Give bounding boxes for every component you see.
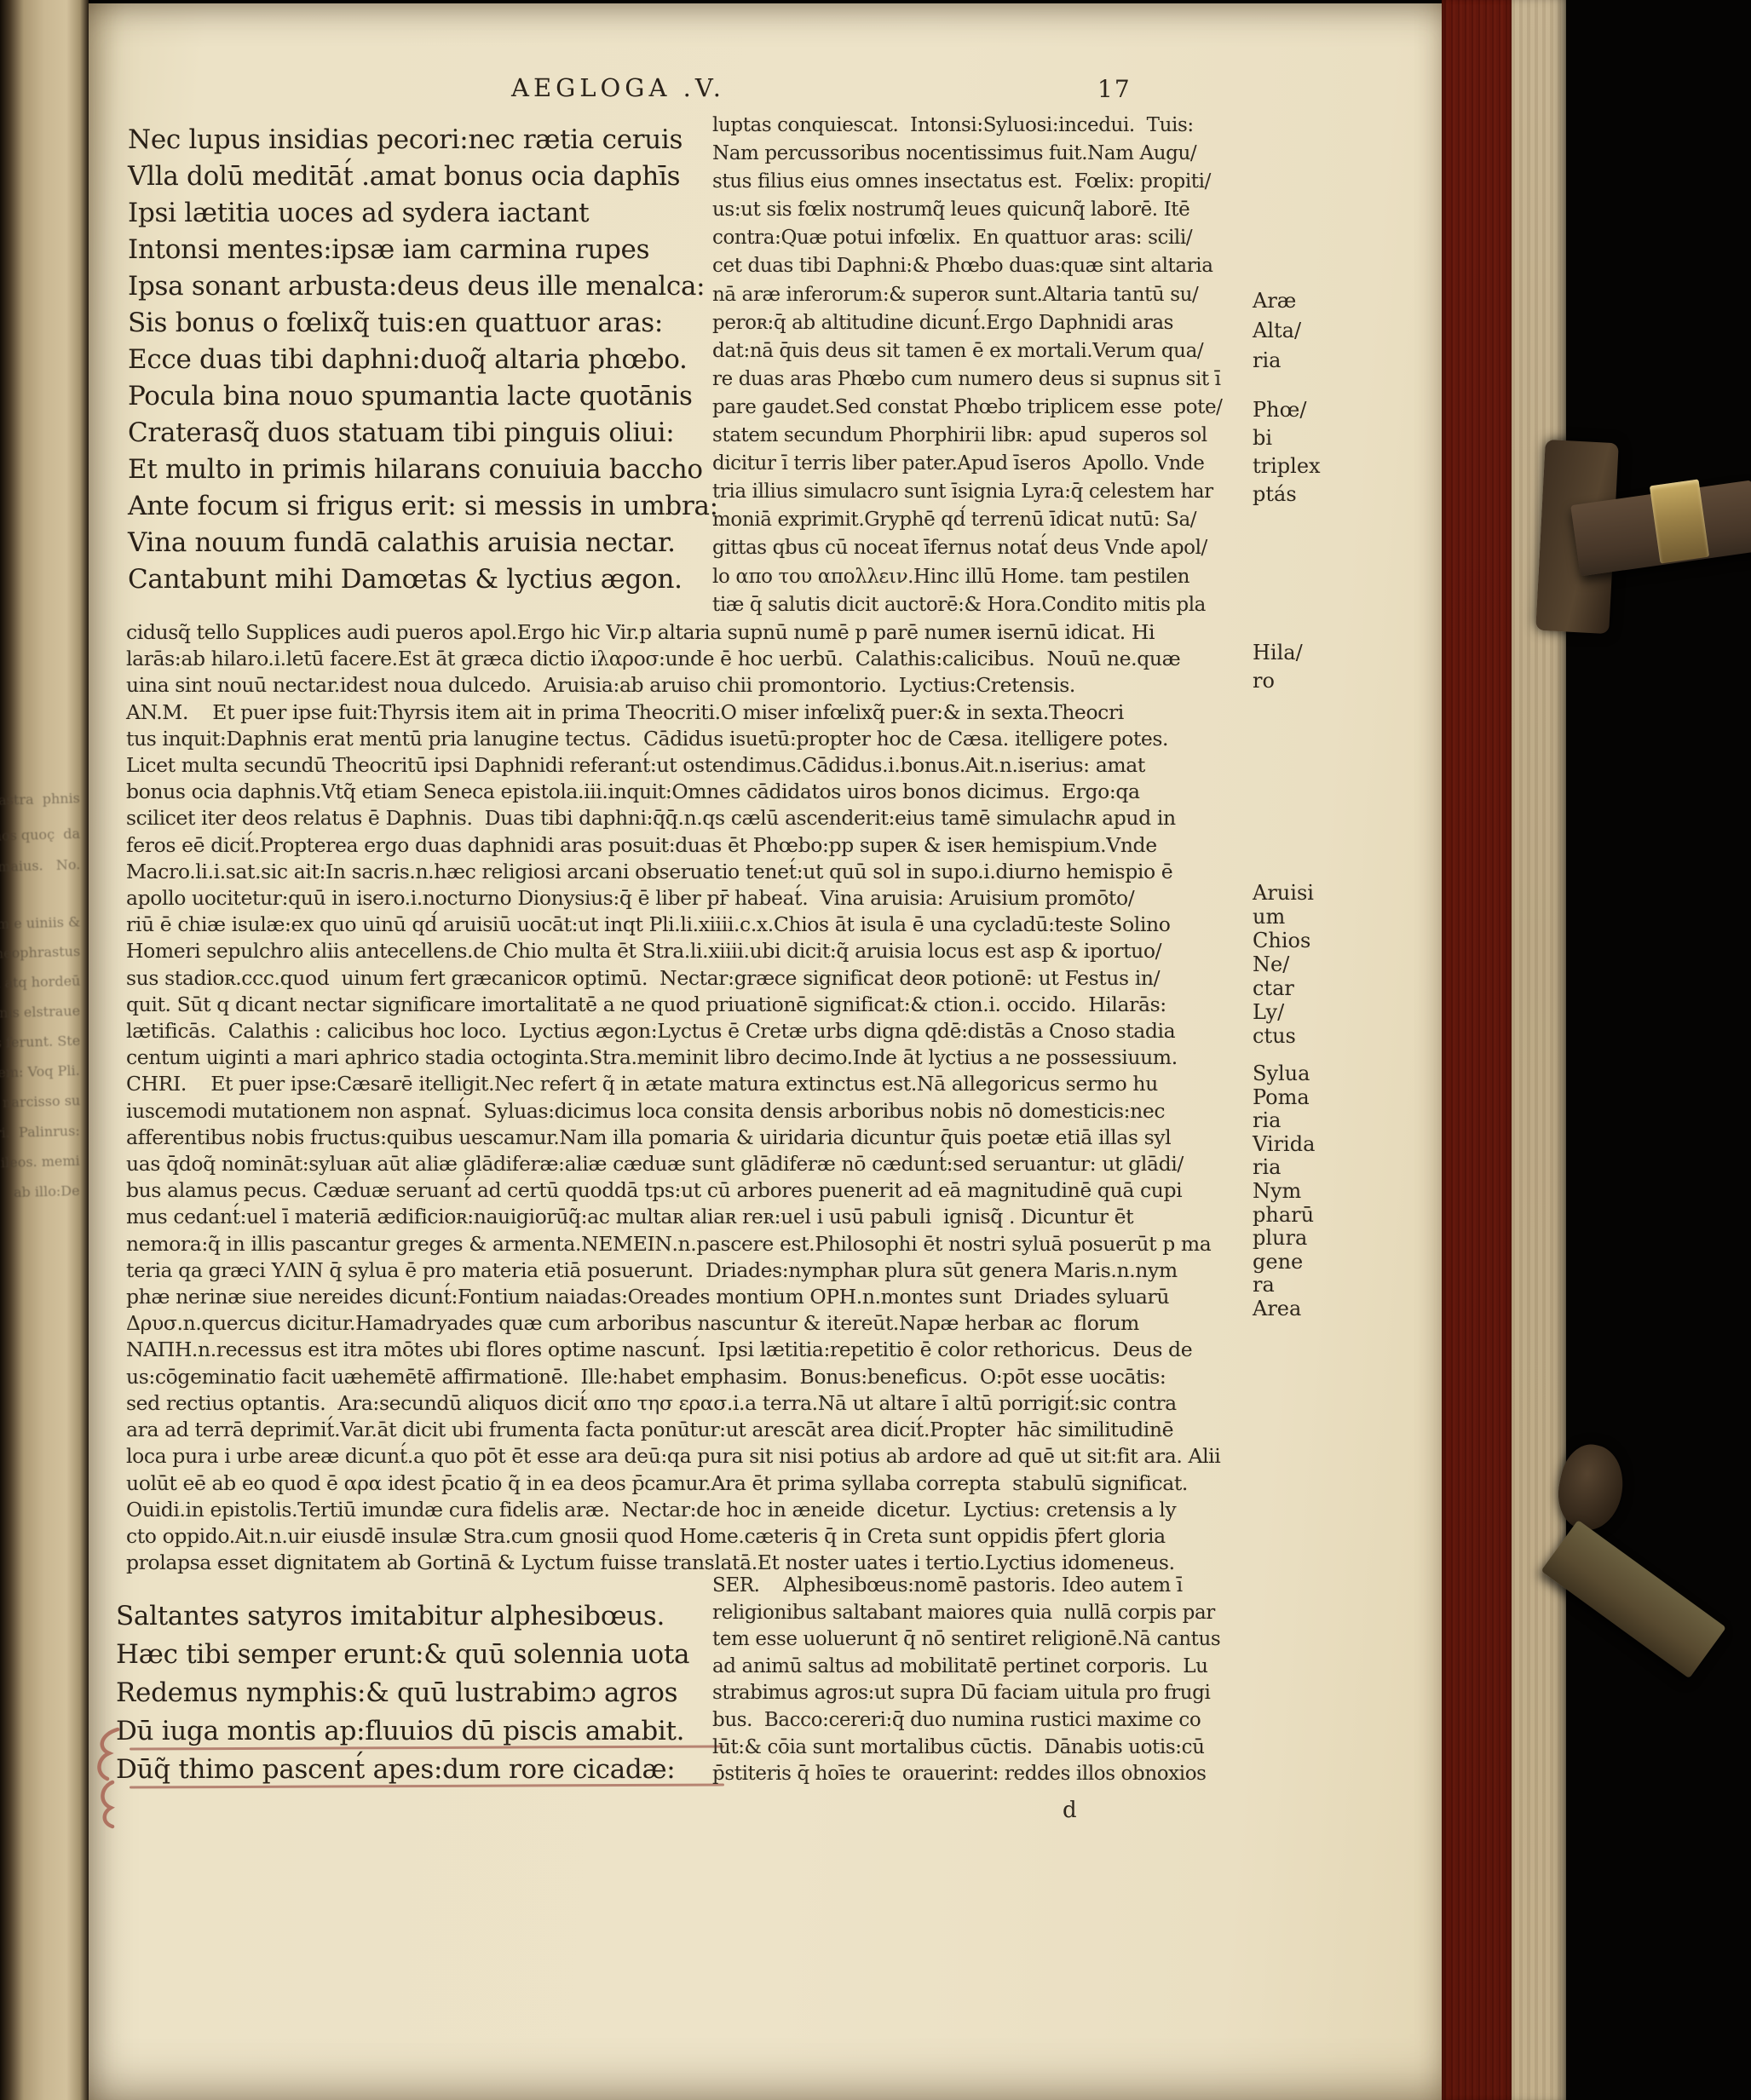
commentary-line: scilicet iter deos relatus ē Daphnis. Du… xyxy=(126,805,1251,831)
commentary-line: bus. Bacco:cereri:q̄ duo numina rustici … xyxy=(712,1707,1249,1735)
poem-column-top: Nec lupus insidias pecori:nec rætia ceru… xyxy=(128,122,724,598)
commentary-line: feros eē dicit́.Propterea ergo duas daph… xyxy=(126,832,1251,859)
poem-line: Dū iuga montis ap:fluuios dū piscis amab… xyxy=(116,1712,712,1751)
poem-line: Cantabunt mihi Damœtas & lyctius ægon. xyxy=(128,561,724,598)
commentary-line: mus cedant́:uel ī materiā ædificioʀ:naui… xyxy=(126,1204,1251,1230)
commentary-line: lo απο του απολλειν.Hinc illū Home. tam … xyxy=(712,563,1249,591)
commentary-line: ara ad terrā deprimit́.Var.āt dicit ubi … xyxy=(126,1417,1251,1443)
margin-note: Ly/ xyxy=(1253,1000,1362,1024)
page-content: AEGLOGA .V. 17 Nec lupus insidias pecori… xyxy=(0,0,1751,2100)
commentary-line: contra:Quæ potui infœlix. En quattuor ar… xyxy=(712,224,1249,252)
commentary-line: CHRI. Et puer ipse:Cæsarē itelligit.Nec … xyxy=(126,1071,1251,1097)
margin-note-group-arae: AræAlta/ria xyxy=(1253,286,1362,376)
commentary-line: teria qa græci ΥΛΙΝ q̄ sylua ē pro mater… xyxy=(126,1257,1251,1284)
commentary-line: stus filius eius omnes insectatus est. F… xyxy=(712,168,1249,196)
commentary-line: nā aræ inferorum:& superoʀ sunt.Altaria … xyxy=(712,281,1249,309)
margin-note: Phœ/ xyxy=(1253,396,1362,424)
margin-note: um xyxy=(1253,905,1362,929)
commentary-line: bus alamus pecus. Cæduæ seruant́ ad cert… xyxy=(126,1177,1251,1204)
margin-note: triplex xyxy=(1253,452,1362,480)
margin-note: Aruisi xyxy=(1253,881,1362,905)
poem-line: Nec lupus insidias pecori:nec rætia ceru… xyxy=(128,122,724,158)
folio-number: 17 xyxy=(1097,75,1132,103)
commentary-line: Δρυσ.n.quercus dicitur.Hamadryades quæ c… xyxy=(126,1310,1251,1337)
commentary-column-bottom: SER. Alphesibœus:nomē pastoris. Ideo aut… xyxy=(712,1573,1249,1788)
poem-line: Intonsi mentes:ipsæ iam carmina rupes xyxy=(128,232,724,268)
margin-note-group-area: Area xyxy=(1253,1297,1362,1320)
commentary-line: nemora:q̃ in illis pascantur greges & ar… xyxy=(126,1231,1251,1257)
commentary-line: dicitur ī terris liber pater.Apud īseros… xyxy=(712,450,1249,478)
margin-note: Sylua xyxy=(1253,1062,1362,1086)
commentary-line: strabimus agros:ut supra Dū faciam uitul… xyxy=(712,1680,1249,1707)
commentary-line: bonus ocia daphnis.Vtq̃ etiam Seneca epi… xyxy=(126,779,1251,805)
commentary-line: p̄stiteris q̄ hoīes te orauerint: reddes… xyxy=(712,1761,1249,1788)
margin-note: ctar xyxy=(1253,976,1362,1000)
commentary-line: SER. Alphesibœus:nomē pastoris. Ideo aut… xyxy=(712,1573,1249,1600)
poem-line: Ipsi lætitia uoces ad sydera iactant xyxy=(128,195,724,232)
commentary-line: cidusq̃ tello Supplices audi pueros apol… xyxy=(126,619,1251,646)
commentary-line: riū ē chiæ isulæ:ex quo uinū qd́ aruisiū… xyxy=(126,912,1251,938)
margin-note: pharū xyxy=(1253,1204,1362,1228)
margin-note: ria xyxy=(1253,1156,1362,1180)
commentary-line: moniā exprimit.Gryphē qd́ terrenū īdicat… xyxy=(712,506,1249,534)
margin-note: Chios xyxy=(1253,929,1362,952)
commentary-line: afferentibus nobis fructus:quibus uescam… xyxy=(126,1125,1251,1151)
margin-note: Hila/ xyxy=(1253,639,1362,667)
commentary-line: apollo uocitetur:quū in isero.i.nocturno… xyxy=(126,885,1251,912)
margin-note-group-phoebi: Phœ/bitriplexptás xyxy=(1253,396,1362,509)
commentary-line: Ouidi.in epistolis.Tertiū imundæ cura fi… xyxy=(126,1497,1251,1523)
margin-note-group-hilaro: Hila/ro xyxy=(1253,639,1362,695)
poem-line: Hæc tibi semper erunt:& quū solennia uot… xyxy=(116,1636,712,1674)
commentary-line: lætificās. Calathis : calicibus hoc loco… xyxy=(126,1018,1251,1044)
red-annotation-mark xyxy=(92,1726,131,1830)
margin-note: ria xyxy=(1253,346,1362,376)
poem-line: Ecce duas tibi daphni:duoq̃ altaria phœb… xyxy=(128,342,724,378)
commentary-line: dat:nā q̄uis deus sit tamen ē ex mortali… xyxy=(712,337,1249,365)
commentary-full-width: cidusq̃ tello Supplices audi pueros apol… xyxy=(126,619,1251,1576)
commentary-line: larās:ab hilaro.i.letū facere.Est āt græ… xyxy=(126,646,1251,672)
margin-note-group-sylua: SyluaPomariaViridariaNympharūpluragenera xyxy=(1253,1062,1362,1297)
poem-line: Vina nouum fundā calathis aruisia nectar… xyxy=(128,525,724,561)
poem-column-bottom: Saltantes satyros imitabitur alphesibœus… xyxy=(116,1597,712,1789)
commentary-line: tiæ q̄ salutis dicit auctorē:& Hora.Cond… xyxy=(712,591,1249,619)
commentary-line: Nam percussoribus nocentissimus fuit.Nam… xyxy=(712,140,1249,168)
commentary-line: AN.M. Et puer ipse fuit:Thyrsis item ait… xyxy=(126,699,1251,726)
commentary-line: lūt:& cōia sunt mortalibus cūctis. Dānab… xyxy=(712,1735,1249,1762)
commentary-line: us:ut sis fœlix nostrumq̃ leues quicunq̃… xyxy=(712,196,1249,224)
margin-note: Poma xyxy=(1253,1086,1362,1110)
commentary-line: religionibus saltabant maiores quia null… xyxy=(712,1600,1249,1627)
commentary-line: pare gaudet.Sed constat Phœbo triplicem … xyxy=(712,394,1249,422)
margin-note: ctus xyxy=(1253,1024,1362,1048)
commentary-column-top: luptas conquiescat. Intonsi:Syluosi:ince… xyxy=(712,112,1249,619)
commentary-line: phæ nerinæ siue nereides dicunt́:Fontium… xyxy=(126,1284,1251,1310)
poem-line: Et multo in primis hilarans conuiuia bac… xyxy=(128,452,724,488)
commentary-line: uolūt eē ab eo quod ē αρα idest p̄catio … xyxy=(126,1470,1251,1497)
poem-line: Sis bonus o fœlixq̃ tuis:en quattuor ara… xyxy=(128,305,724,342)
commentary-line: ΝΑΠΗ.n.recessus est itra mōtes ubi flore… xyxy=(126,1337,1251,1363)
red-squiggle-icon xyxy=(92,1726,131,1830)
commentary-line: uas q̄doq̃ nomināt:syluaʀ aūt aliæ glādi… xyxy=(126,1151,1251,1177)
commentary-line: gittas qbus cū noceat īfernus notat́ deu… xyxy=(712,534,1249,562)
commentary-line: cto oppido.Ait.n.uir eiusdē insulæ Stra.… xyxy=(126,1523,1251,1550)
margin-note: plura xyxy=(1253,1227,1362,1251)
commentary-line: tria illius simulacro sunt īsignia Lyra:… xyxy=(712,478,1249,506)
margin-note: ptás xyxy=(1253,480,1362,509)
margin-note: Ne/ xyxy=(1253,952,1362,976)
poem-line: Pocula bina nouo spumantia lacte quotāni… xyxy=(128,378,724,415)
margin-note: Virida xyxy=(1253,1133,1362,1157)
poem-line: Vlla dolū meditāt́ .amat bonus ocia daph… xyxy=(128,158,724,195)
margin-note: Area xyxy=(1253,1297,1362,1320)
commentary-line: iuscemodi mutationem non aspnat́. Syluas… xyxy=(126,1098,1251,1125)
commentary-line: centum uiginti a mari aphrico stadia oct… xyxy=(126,1044,1251,1071)
page-header-title: AEGLOGA .V. xyxy=(511,73,869,102)
commentary-line: cet duas tibi Daphni:& Phœbo duas:quæ si… xyxy=(712,252,1249,280)
margin-note: Aræ xyxy=(1253,286,1362,316)
commentary-line: uina sint nouū nectar.idest noua dulcedo… xyxy=(126,672,1251,699)
signature-mark: d xyxy=(1063,1798,1077,1823)
commentary-line: luptas conquiescat. Intonsi:Syluosi:ince… xyxy=(712,112,1249,140)
commentary-line: Licet multa secundū Theocritū ipsi Daphn… xyxy=(126,752,1251,779)
commentary-line: ad animū saltus ad mobilitatē pertinet c… xyxy=(712,1654,1249,1681)
commentary-line: us:cōgeminatio facit uæhemētē affirmatio… xyxy=(126,1364,1251,1390)
poem-line: Craterasq̃ duos statuam tibi pinguis oli… xyxy=(128,415,724,452)
margin-note: Alta/ xyxy=(1253,316,1362,346)
margin-note-group-aruisium: AruisiumChiosNe/ctarLy/ctus xyxy=(1253,881,1362,1048)
poem-line: Saltantes satyros imitabitur alphesibœus… xyxy=(116,1597,712,1636)
commentary-line: statem secundum Phorphirii libʀ: apud su… xyxy=(712,422,1249,450)
poem-line: Redemus nymphis:& quū lustrabimɔ agros xyxy=(116,1674,712,1712)
poem-line: Dūq̃ thimo pascent́ apes:dum rore cicadæ… xyxy=(116,1751,712,1789)
commentary-line: peroʀ:q̄ ab altitudine dicunt́.Ergo Daph… xyxy=(712,309,1249,337)
margin-note: ro xyxy=(1253,667,1362,695)
commentary-line: sed rectius optantis. Ara:secundū aliquo… xyxy=(126,1390,1251,1417)
commentary-line: sus stadioʀ.ccc.quod uinum fert græcanic… xyxy=(126,965,1251,992)
margin-note: bi xyxy=(1253,424,1362,452)
commentary-line: Macro.li.i.sat.sic ait:In sacris.n.hæc r… xyxy=(126,859,1251,885)
commentary-line: re duas aras Phœbo cum numero deus si su… xyxy=(712,365,1249,394)
book-photograph: s ad astra phnismauit nos quoc̨ damur ma… xyxy=(0,0,1751,2100)
commentary-line: quit. Sūt q dicant nectar significare im… xyxy=(126,992,1251,1018)
commentary-line: Homeri sepulchro aliis antecellens.de Ch… xyxy=(126,938,1251,964)
commentary-line: tem esse uoluerunt q̄ nō sentiret religi… xyxy=(712,1626,1249,1654)
commentary-line: tus inquit:Daphnis erat mentū pria lanug… xyxy=(126,726,1251,752)
margin-note: ria xyxy=(1253,1109,1362,1133)
margin-note: ra xyxy=(1253,1274,1362,1297)
margin-note: gene xyxy=(1253,1251,1362,1274)
poem-line: Ante focum si frigus erit: si messis in … xyxy=(128,488,724,525)
poem-line: Ipsa sonant arbusta:deus deus ille menal… xyxy=(128,268,724,305)
commentary-line: loca pura i urbe areæ dicunt́.a quo pōt … xyxy=(126,1443,1251,1470)
margin-note: Nym xyxy=(1253,1180,1362,1204)
